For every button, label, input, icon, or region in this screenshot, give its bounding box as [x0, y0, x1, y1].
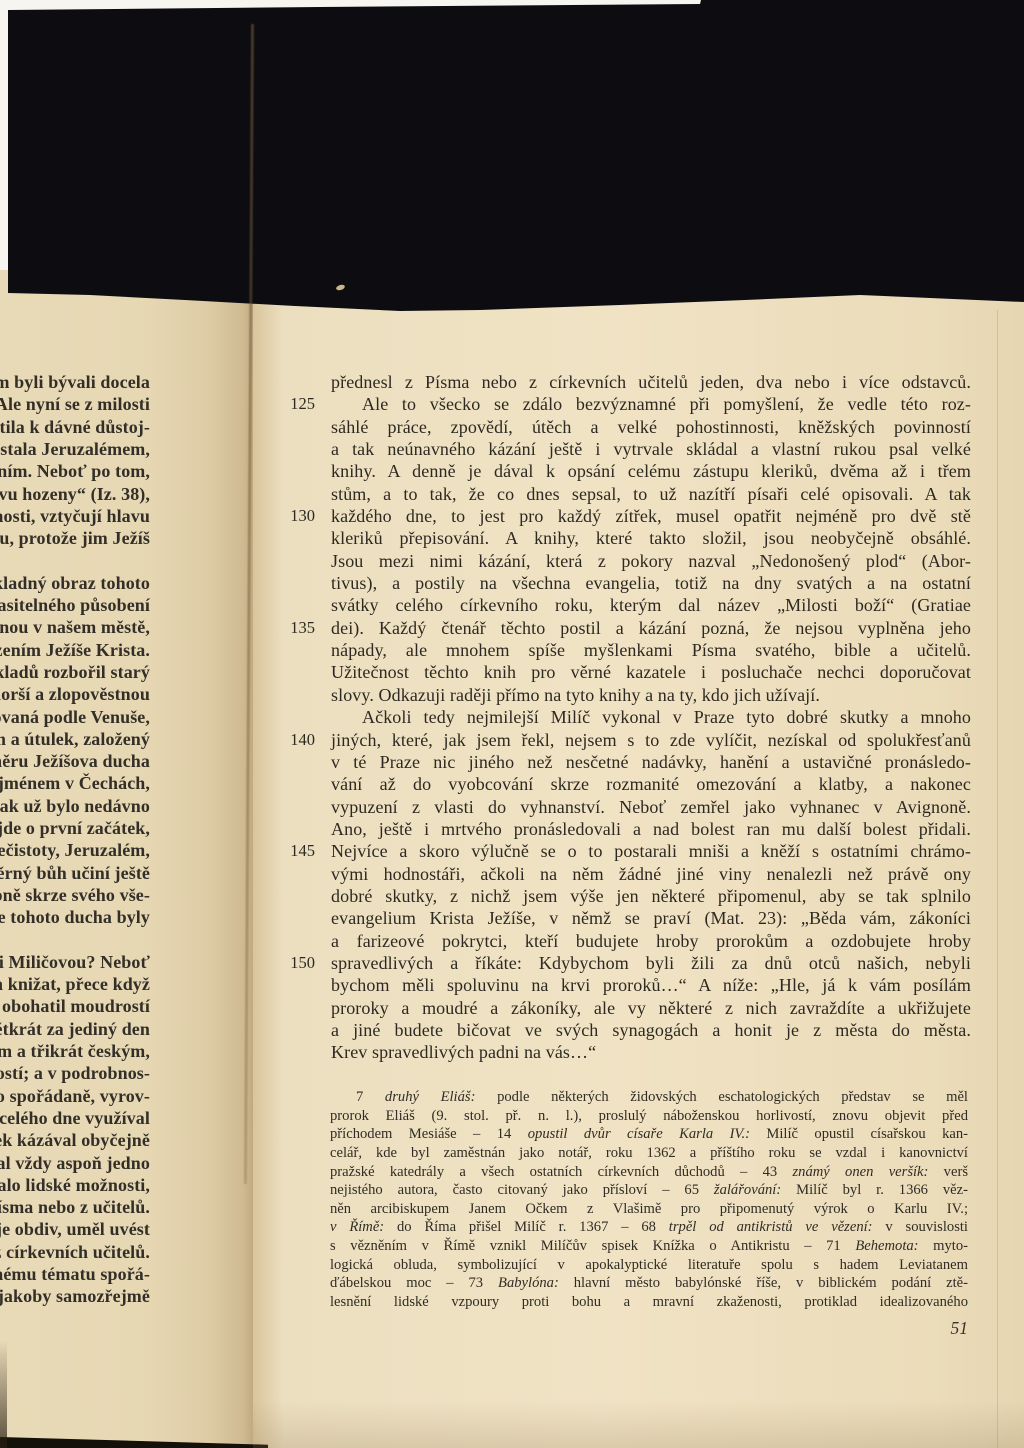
footnote-line: pražské katedrály a všech ostatních círk…	[330, 1163, 968, 1182]
left-page-text-line: tek kázával obyčejně	[0, 1129, 150, 1151]
footnote-line: lesnění lidské vzpoury proti bohu a mrav…	[330, 1293, 968, 1312]
main-text-line: sáhlé práce, zpovědí, útěch a velké poho…	[331, 416, 971, 438]
left-page-text-line: říkladný obraz tohoto	[0, 572, 150, 594]
left-page-text-line: celého dne využíval	[0, 1107, 150, 1129]
left-page-text-line: pně skrze svého vše-	[0, 884, 150, 906]
left-page-text-line: je obdiv, uměl uvést	[0, 1218, 150, 1240]
margin-line-number: 150	[290, 952, 315, 974]
left-page-text-line: sti Miličovou? Neboť	[0, 951, 150, 973]
main-text-line: Ačkoli tedy nejmilejší Milíč vykonal v P…	[331, 706, 971, 728]
left-page-text-line: Písma nebo z učitelů.	[0, 1196, 150, 1218]
page-number: 51	[900, 1318, 968, 1339]
footnote-line: nejistého autora, často citovaný jako př…	[330, 1181, 968, 1200]
footnote-line: v Římě: do Říma přišel Milíč r. 1367 – 6…	[330, 1218, 968, 1237]
main-text-line: Užitečnost těchto knih pro věrné kazatel…	[331, 661, 971, 683]
margin-line-number: 140	[290, 729, 315, 751]
main-text-line: jiných, které, jak jsem řekl, nejsem s t…	[331, 729, 971, 751]
main-text-line: Ano, ještě i mrtvého pronásledovali a na…	[331, 818, 971, 840]
footnote-line: příchodem Mesiáše – 14 opustil dvůr císa…	[330, 1125, 968, 1144]
left-page-text-line: řízením Ježíše Krista.	[0, 639, 150, 661]
main-text-line: Ale to všecko se zdálo bezvýznamné při p…	[331, 393, 971, 415]
main-text-line: svátky celého církevního roku, kterým da…	[331, 594, 971, 616]
left-page-text-line: áměru Ježíšova ducha	[0, 750, 150, 772]
left-page-text-line: ým a třikrát českým,	[0, 1040, 150, 1062]
main-text-line: slovy. Odkazuji raději přímo na tyto kni…	[331, 684, 971, 706]
left-page-text-line: otou, protože jim Ježíš	[0, 527, 150, 549]
footnote-line: něn arcibiskupem Janem Očkem z Vlašimě p…	[330, 1200, 968, 1219]
main-text-line: bychom měli spoluvinu na krvi proroků…“ …	[331, 974, 971, 996]
main-text-line: vými hodnostáři, ačkoli na něm žádné jin…	[331, 863, 971, 885]
left-page-text-line: nému tématu spořá-	[0, 1263, 150, 1285]
left-page-text-line: ejhorší a zlopověstnou	[0, 683, 150, 705]
main-text-line: každého dne, to jest pro každý zítřek, m…	[331, 505, 971, 527]
footnote-text: 7 druhý Eliáš: podle některých židovskýc…	[330, 1088, 968, 1312]
left-page-text-line: Ale nyní se z milosti	[0, 393, 150, 415]
footnote-line: 7 druhý Eliáš: podle některých židovskýc…	[330, 1088, 968, 1107]
main-text-line: tivus), a postily na všechna evangelia, …	[331, 572, 971, 594]
left-page-text-line: to spořádaně, vyrov-	[0, 1085, 150, 1107]
main-text: přednesl z Písma nebo z církevních učite…	[331, 371, 971, 1064]
left-page-text-line: tnosti, vztyčují hlavu	[0, 505, 150, 527]
book-photo: m byli bývali docelaAle nyní se z milost…	[0, 0, 1024, 1448]
left-page-text-line: jménem v Čechách,	[0, 772, 150, 794]
left-page-text-line: ětkrát za jediný den	[0, 1018, 150, 1040]
main-text-line: a jiné budete bičovat ve svých synagogác…	[331, 1019, 971, 1041]
footnote-line: prorok Eliáš (9. stol. př. n. l.), prosl…	[330, 1107, 968, 1126]
left-page-text: m byli bývali docelaAle nyní se z milost…	[0, 371, 150, 1311]
main-text-line: nápady, ale mnohem spíše myšlenkami Písm…	[331, 639, 971, 661]
main-text-line: a farizeové pokrytci, kteří budujete hro…	[331, 930, 971, 952]
main-text-line: knihy. A denně je dával k opsání celému …	[331, 460, 971, 482]
main-text-line: dobré skutky, z nichž jsem výše jen někt…	[331, 885, 971, 907]
main-text-line: kleriků přepisování. A knihy, které takt…	[331, 527, 971, 549]
margin-line-number: 135	[290, 617, 315, 639]
footnote-line: s vězněním v Římě vznikl Milíčův spisek …	[330, 1237, 968, 1256]
main-text-line: proroky a moudré a zákoníky, ale vy někt…	[331, 997, 971, 1019]
left-page-text-line: se obohatil moudrostí	[0, 995, 150, 1017]
footnote-line: celář, kde byl zaměstnán jako notář, rok…	[330, 1144, 968, 1163]
footnote-line: logická obluda, symbolizující v apokalyp…	[330, 1256, 968, 1275]
left-page-text-line: spasitelného působení	[0, 594, 150, 616]
left-page-text-line: věrný bůh učiní ještě	[0, 862, 150, 884]
left-page-text-line: z církevních učitelů.	[0, 1241, 150, 1263]
footnote-line: ďábelskou moc – 73 Babylóna: hlavní měst…	[330, 1274, 968, 1293]
dark-backdrop	[0, 0, 1024, 315]
main-text-line: Nejvíce a skoro výlučně se o to postaral…	[331, 840, 971, 862]
main-text-line: stům, a to tak, že co dnes sepsal, to už…	[331, 483, 971, 505]
main-text-line: Jsou mezi nimi kázání, která z pokory na…	[331, 550, 971, 572]
main-text-line: v té Praze nic jiného než nesčetné nadáv…	[331, 751, 971, 773]
left-page-text-line: m byli bývali docela	[0, 371, 150, 393]
margin-line-number: 125	[290, 393, 315, 415]
left-page-text-line: čením. Neboť po tom,	[0, 460, 150, 482]
margin-line-number: 130	[290, 505, 315, 527]
left-page-text-line: základů rozbořil starý	[0, 661, 150, 683]
left-page-text-line: rám a útulek, založený	[0, 728, 150, 750]
left-page-text-line: ch knižat, přece když	[0, 973, 150, 995]
left-page-text-line: jakoby samozřejmě	[0, 1285, 150, 1307]
main-text-line: dei). Každý čtenář těchto postil a kázán…	[331, 617, 971, 639]
left-page-text-line: ivostí; a v podrobnos-	[0, 1062, 150, 1084]
page-fore-edge-line	[997, 310, 998, 1448]
left-page-text-line: rátila k dávné důstoj-	[0, 416, 150, 438]
left-page-text-line: je tohoto ducha byly	[0, 906, 150, 928]
left-page-text-line: ovaná podle Venuše,	[0, 706, 150, 728]
left-page-text-line: valo lidské možnosti,	[0, 1174, 150, 1196]
main-text-line: Krev spravedlivých padni na vás…“	[331, 1041, 971, 1063]
left-page-text-line: ednou v našem městě,	[0, 616, 150, 638]
left-page-text-line: val vždy aspoň jedno	[0, 1152, 150, 1174]
left-page-text-line: jak už bylo nedávno	[0, 795, 150, 817]
margin-line-number: 145	[290, 840, 315, 862]
main-text-line: a tak neúnavného kázání ještě i vytrvale…	[331, 438, 971, 460]
left-page-text-line: hlavu hozeny“ (Iz. 38),	[0, 483, 150, 505]
main-text-line: vypuzení z vlasti do vyhnanství. Neboť z…	[331, 796, 971, 818]
main-text-line: přednesl z Písma nebo z církevních učite…	[331, 371, 971, 393]
main-text-line: evangelium Krista Ježíše, v němž se prav…	[331, 907, 971, 929]
left-page-text-line: již stala Jeruzalémem,	[0, 438, 150, 460]
bottom-right-shade	[253, 1400, 1024, 1448]
left-page-text-line: nečistoty, Jeruzalém,	[0, 839, 150, 861]
left-page-text-line: jde o první začátek,	[0, 817, 150, 839]
left-edge-shadow	[0, 1340, 7, 1448]
main-text-line: vání až do vyobcování skrze rozmanité om…	[331, 773, 971, 795]
main-text-line: spravedlivých a říkáte: Kdybychom byli ž…	[331, 952, 971, 974]
